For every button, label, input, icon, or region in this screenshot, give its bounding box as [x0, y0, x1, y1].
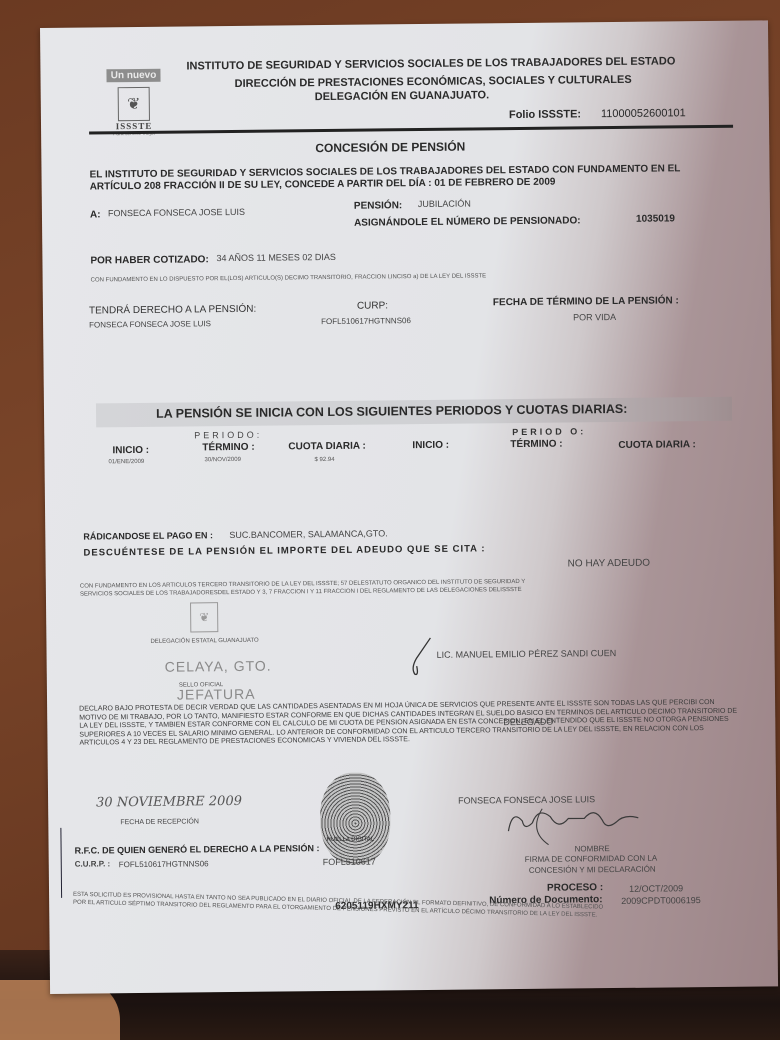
- recipient-label: A:: [90, 209, 101, 220]
- header-institute: INSTITUTO DE SEGURIDAD Y SERVICIOS SOCIA…: [186, 55, 675, 72]
- beneficiary-value: FONSECA FONSECA JOSE LUIS: [89, 319, 211, 329]
- period-termino-value: 30/NOV/2009: [205, 457, 241, 463]
- document-number-value: 2009CPDT0006195: [621, 895, 701, 906]
- stamp-city: CELAYA, GTO.: [165, 658, 272, 675]
- end-date-value: POR VIDA: [573, 312, 616, 322]
- signature-mark-icon: [408, 636, 432, 676]
- payment-location-value: SUC.BANCOMER, SALAMANCA,GTO.: [229, 528, 387, 540]
- signer-nombre-label: NOMBRE: [575, 844, 610, 853]
- folio-label: Folio ISSSTE:: [509, 108, 581, 121]
- cuota-label-2: CUOTA DIARIA :: [618, 439, 696, 451]
- debt-value: NO HAY ADEUDO: [568, 558, 651, 570]
- fingerprint-image: [320, 772, 391, 865]
- pensioner-number-label: ASIGNÁNDOLE EL NÚMERO DE PENSIONADO:: [354, 215, 581, 228]
- pension-type-label: PENSIÓN:: [354, 200, 402, 212]
- inicio-label-2: INICIO :: [412, 440, 449, 451]
- rfc-curp-label: C.U.R.P. :: [75, 859, 111, 868]
- reception-date: 30 NOVIEMBRE 2009: [96, 794, 242, 811]
- reception-label: FECHA DE RECEPCIÓN: [120, 818, 199, 826]
- pension-document: Un nuevo ❦ ISSSTE Para servirte mejor IN…: [40, 20, 778, 994]
- stamp-office: JEFATURA: [177, 686, 256, 703]
- beneficiary-label: TENDRÁ DERECHO A LA PENSIÓN:: [89, 304, 256, 317]
- signer-firma-line-1: FIRMA DE CONFORMIDAD CON LA: [525, 854, 658, 864]
- header-direction: DIRECCIÓN DE PRESTACIONES ECONÓMICAS, SO…: [235, 74, 632, 90]
- process-label: PROCESO :: [547, 882, 603, 894]
- cotizado-label: POR HABER COTIZADO:: [90, 254, 208, 266]
- issste-emblem-icon: ❦: [118, 87, 150, 121]
- rfc-label: R.F.C. DE QUIEN GENERÓ EL DERECHO A LA P…: [75, 843, 320, 856]
- end-date-label: FECHA DE TÉRMINO DE LA PENSIÓN :: [493, 295, 679, 308]
- folio-value: 11000052600101: [601, 107, 686, 120]
- signer-firma-line-2: CONCESIÓN Y MI DECLARACIÓN: [529, 865, 656, 875]
- pension-type-value: JUBILACIÓN: [418, 198, 471, 209]
- header-divider: [89, 125, 733, 135]
- margin-pen-line: [60, 828, 62, 898]
- cotizado-value: 34 AÑOS 11 MESES 02 DIAS: [216, 252, 335, 263]
- stamp-emblem-icon: ❦: [190, 602, 218, 632]
- process-value: 12/OCT/2009: [629, 883, 683, 894]
- rfc-curp-value: FOFL510617HGTNNS06: [119, 859, 209, 869]
- signer-signature-icon: [498, 800, 648, 848]
- delegate-name: LIC. MANUEL EMILIO PÉREZ SANDI CUEN: [437, 648, 617, 660]
- cuota-label-1: CUOTA DIARIA :: [288, 441, 366, 453]
- declaration-text: DECLARO BAJO PROTESTA DE DECIR VERDAD QU…: [79, 699, 739, 749]
- rfc-value: FOFL510617: [323, 857, 376, 868]
- issste-logo: Un nuevo ❦ ISSSTE Para servirte mejor: [98, 65, 169, 138]
- period-group-label-1: PERIODO:: [194, 430, 262, 441]
- payment-location-label: RÁDICANDOSE EL PAGO EN :: [83, 530, 213, 541]
- stamp-delegation: DELEGACIÓN ESTATAL GUANAJUATO: [150, 638, 258, 645]
- pensioner-number-value: 1035019: [636, 213, 675, 224]
- period-inicio-value: 01/ENE/2009: [109, 459, 145, 465]
- curp-value: FOFL510617HGTNNS06: [321, 316, 411, 326]
- termino-label-2: TÉRMINO :: [510, 439, 562, 451]
- period-cuota-value: $ 92.94: [315, 457, 335, 463]
- curp-label: CURP:: [357, 300, 388, 311]
- debt-label: DESCUÉNTESE DE LA PENSIÓN EL IMPORTE DEL…: [83, 543, 485, 558]
- document-title: CONCESIÓN DE PENSIÓN: [315, 140, 465, 156]
- termino-label-1: TÉRMINO :: [202, 442, 254, 454]
- recipient-value: FONSECA FONSECA JOSE LUIS: [108, 207, 245, 218]
- fingerprint-label: HUELLA DIGITAL: [326, 837, 374, 843]
- period-group-label-2: PERIOD O:: [512, 426, 586, 437]
- grant-legal-basis: CON FUNDAMENTO EN LO DISPUESTO POR EL(LO…: [91, 273, 487, 283]
- inicio-label-1: INICIO :: [112, 445, 149, 456]
- logo-badge: Un nuevo: [107, 69, 161, 83]
- header-delegation: DELEGACIÓN EN GUANAJUATO.: [315, 89, 490, 103]
